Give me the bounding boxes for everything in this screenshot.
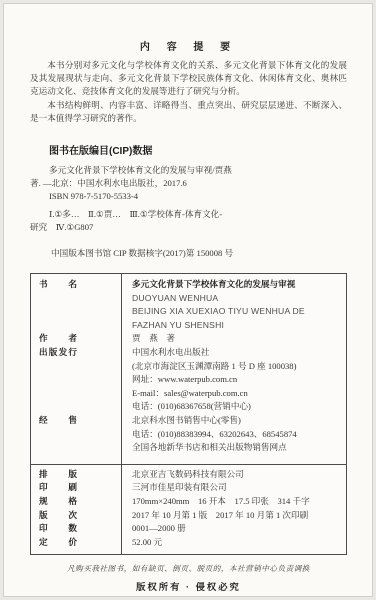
row-value: 北京亚吉飞数码科技有限公司 xyxy=(122,465,346,482)
table-row-typesetting: 排版 北京亚吉飞数码科技有限公司 xyxy=(31,465,346,482)
table-row-price: 定价 52.00 元 xyxy=(31,536,346,555)
row-label: 规格 xyxy=(31,495,122,509)
row-label: 书名 xyxy=(31,274,122,332)
row-label: 作者 xyxy=(31,332,122,346)
row-value: 三河市佳星印装有限公司 xyxy=(122,481,346,495)
distribution-outlets: 全国各地新华书店和相关出版物销售网点 xyxy=(132,441,342,455)
row-label: 排版 xyxy=(31,465,122,482)
distribution-center: 北京科水图书销售中心(零售) xyxy=(132,414,342,428)
publisher-address: (北京市海淀区玉渊潭南路 1 号 D 座 100038) xyxy=(132,360,342,374)
book-title-cn: 多元文化背景下学校体育文化的发展与审视 xyxy=(132,279,295,289)
book-title-pinyin-1: DUOYUAN WENHUA xyxy=(132,293,218,303)
page-content: 内 容 提 要 本书分别对多元文化与学校体育文化的关系、多元文化背景下体育文化的… xyxy=(4,38,372,593)
summary-heading: 内 容 提 要 xyxy=(30,38,347,53)
table-row-book-title: 书名 多元文化背景下学校体育文化的发展与审视DUOYUAN WENHUA BEI… xyxy=(31,274,346,332)
row-label: 出版发行 xyxy=(31,346,122,414)
table-row-edition: 版次 2017 年 10 月第 1 版 2017 年 10 月第 1 次印刷 xyxy=(31,509,346,523)
cip-heading: 图书在版编目(CIP)数据 xyxy=(49,142,347,157)
cip-record-number: 中国版本图书馆 CIP 数据核字(2017)第 150008 号 xyxy=(30,247,347,259)
copyright-statement: 版权所有 · 侵权必究 xyxy=(30,579,347,593)
publisher-website: 网址：www.waterpub.com.cn xyxy=(132,373,342,387)
purchase-notice: 凡购买我社图书，如有缺页、倒页、脱页的，本社营销中心负责调换 xyxy=(30,563,347,574)
table-row-publisher: 出版发行 中国水利水电出版社 (北京市海淀区玉渊潭南路 1 号 D 座 1000… xyxy=(31,346,346,414)
book-title-pinyin-2: BEIJING XIA XUEXIAO TIYU WENHUA DE FAZHA… xyxy=(132,305,342,332)
row-label: 经售 xyxy=(31,414,122,464)
row-value: 多元文化背景下学校体育文化的发展与审视DUOYUAN WENHUA BEIJIN… xyxy=(122,274,346,332)
cip-isbn: ISBN 978-7-5170-5533-4 xyxy=(30,190,347,203)
publisher-name: 中国水利水电出版社 xyxy=(132,346,342,360)
table-row-format: 规格 170mm×240mm 16 开本 17.5 印张 314 千字 xyxy=(31,495,346,509)
summary-paragraph-2: 本书结构鲜明、内容丰富、详略得当、重点突出、研究层层递进、不断深入、是一本值得学… xyxy=(30,99,347,125)
cip-publisher-line: 著. —北京：中国水利水电出版社，2017.6 xyxy=(30,177,347,190)
cip-classification-line-1: Ⅰ.①多… Ⅱ.①贾… Ⅲ.①学校体育-体育文化- xyxy=(30,208,347,221)
row-label: 版次 xyxy=(31,509,122,523)
colophon-table: 书名 多元文化背景下学校体育文化的发展与审视DUOYUAN WENHUA BEI… xyxy=(30,273,347,555)
row-value: 170mm×240mm 16 开本 17.5 印张 314 千字 xyxy=(122,495,346,509)
row-value: 2017 年 10 月第 1 版 2017 年 10 月第 1 次印刷 xyxy=(122,509,346,523)
distribution-phone: 电话：(010)88383994、63202643、68545874 xyxy=(132,428,342,442)
row-label: 印刷 xyxy=(31,481,122,495)
publisher-phone: 电话：(010)68367658(营销中心) xyxy=(132,400,342,414)
cip-classification-line-2: 研究 Ⅳ.①G807 xyxy=(30,221,347,234)
row-label: 印数 xyxy=(31,522,122,536)
table-row-distribution: 经售 北京科水图书销售中心(零售) 电话：(010)88383994、63202… xyxy=(31,414,346,464)
row-value: 北京科水图书销售中心(零售) 电话：(010)88383994、63202643… xyxy=(122,414,346,464)
row-value: 贾 燕 著 xyxy=(122,332,346,346)
publisher-email: E-mail：sales@waterpub.com.cn xyxy=(132,387,342,401)
row-value: 52.00 元 xyxy=(122,536,346,555)
table-row-author: 作者 贾 燕 著 xyxy=(31,332,346,346)
summary-paragraph-1: 本书分别对多元文化与学校体育文化的关系、多元文化背景下体育文化的发展及其发展现状… xyxy=(30,59,347,98)
book-copyright-page: 内 容 提 要 本书分别对多元文化与学校体育文化的关系、多元文化背景下体育文化的… xyxy=(3,3,373,597)
table-row-printing: 印刷 三河市佳星印装有限公司 xyxy=(31,481,346,495)
table-row-copies: 印数 0001—2000 册 xyxy=(31,522,346,536)
row-value: 0001—2000 册 xyxy=(122,522,346,536)
row-value: 中国水利水电出版社 (北京市海淀区玉渊潭南路 1 号 D 座 100038) 网… xyxy=(122,346,346,414)
book-title-line: 多元文化背景下学校体育文化的发展与审视DUOYUAN WENHUA xyxy=(132,278,342,305)
row-label: 定价 xyxy=(31,536,122,555)
cip-title-line: 多元文化背景下学校体育文化的发展与审视/贾燕 xyxy=(30,164,347,177)
